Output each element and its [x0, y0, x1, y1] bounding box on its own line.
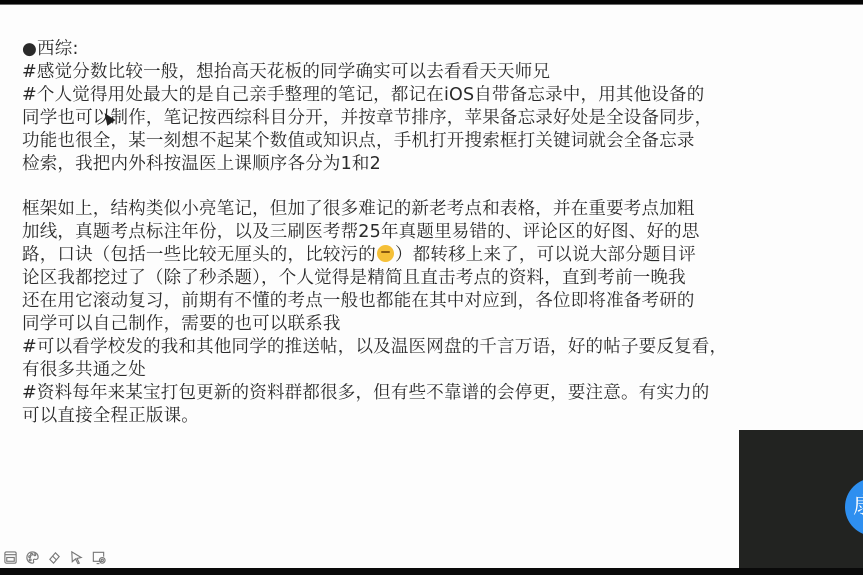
text-line: 功能也很全，某一刻想不起某个数值或知识点，手机打开搜索框打关键词就会全备忘录	[22, 130, 762, 153]
heading-text: 西综:	[37, 39, 79, 59]
section-heading: ●西综:	[22, 38, 762, 61]
bullet-icon: ●	[22, 39, 37, 59]
participant-video-tile[interactable]	[739, 430, 863, 568]
text-line: 同学可以自己制作，需要的也可以联系我	[22, 313, 762, 336]
text-segment: 路，口诀（包括一些比较无厘头的，比较污的	[22, 245, 376, 265]
top-bar	[0, 0, 863, 5]
text-line: #资料每年来某宝打包更新的资料群都很多，但有些不靠谱的会停更，要注意。有实力的	[22, 382, 762, 405]
text-line: 有很多共通之处	[22, 359, 762, 382]
paragraph-gap	[22, 176, 762, 198]
text-line: 还在用它滚动复习，前期有不懂的考点一般也都能在其中对应到，各位即将准备考研的	[22, 290, 762, 313]
document-content: ●西综: #感觉分数比较一般，想抬高天花板的同学确实可以去看看天天师兄 #个人觉…	[22, 38, 762, 428]
text-line: 论区我都挖过了（除了秒杀题），个人觉得是精简且直击考点的资料，直到考前一晚我	[22, 267, 762, 290]
text-line: #可以看学校发的我和其他同学的推送帖，以及温医网盘的千言万语，好的帖子要反复看，	[22, 336, 762, 359]
text-line: 同学也可以制作，笔记按西综科目分开，并按章节排序，苹果备忘录好处是全设备同步，	[22, 107, 762, 130]
palette-icon[interactable]	[25, 550, 40, 565]
thinking-face-icon	[377, 245, 394, 262]
eraser-icon[interactable]	[47, 550, 62, 565]
text-line: #个人觉得用处最大的是自己亲手整理的笔记，都记在iOS自带备忘录中，用其他设备的	[22, 84, 762, 107]
pointer-icon[interactable]	[69, 550, 84, 565]
text-line-with-emoji: 路，口诀（包括一些比较无厘头的，比较污的）都转移上来了，可以说大部分题目评	[22, 244, 762, 267]
text-line: 框架如上，结构类似小亮笔记，但加了很多难记的新老考点和表格，并在重要考点加粗	[22, 198, 762, 221]
annotation-toolbar	[3, 548, 106, 566]
screen-share-icon[interactable]	[91, 550, 106, 565]
whiteboard-icon[interactable]	[3, 550, 18, 565]
text-line: #感觉分数比较一般，想抬高天花板的同学确实可以去看看天天师兄	[22, 61, 762, 84]
text-line: 可以直接全程正版课。	[22, 405, 762, 428]
text-line: 检索，我把内外科按温医上课顺序各分为1和2	[22, 153, 762, 176]
bottom-bar	[0, 568, 863, 575]
text-line: 加线，真题考点标注年份，以及三刷医考帮25年真题里易错的、评论区的好图、好的思	[22, 221, 762, 244]
text-segment: ）都转移上来了，可以说大部分题目评	[395, 245, 696, 265]
